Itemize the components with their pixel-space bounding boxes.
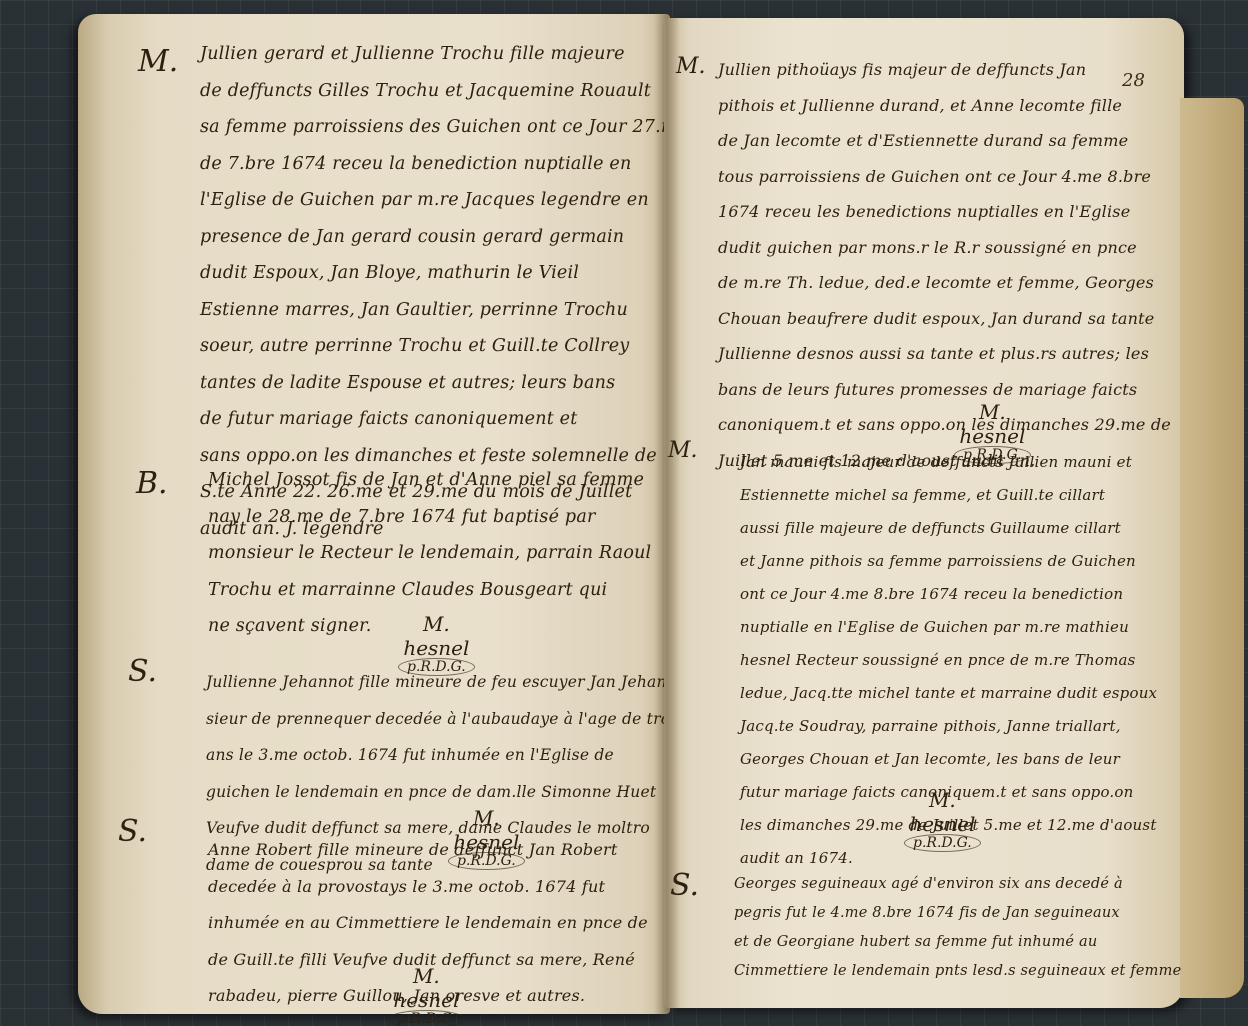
entry-line: Jacq.te Soudray, parraine pithois, Janne… <box>740 710 1157 743</box>
book-gutter <box>654 14 680 1014</box>
right-page: 28 M. Jullien pithoüays fis majeur de de… <box>664 18 1184 1008</box>
entry-line: Georges Chouan et Jan lecomte, les bans … <box>740 743 1157 776</box>
entry-line: Jan mauni fis majeur de deffuncts Jullie… <box>740 446 1157 479</box>
entry-line: soeur, autre perrinne Trochu et Guill.te… <box>200 328 688 365</box>
entry-line: hesnel Recteur soussigné en pnce de m.re… <box>740 644 1157 677</box>
entry-line: presence de Jan gerard cousin gerard ger… <box>200 219 688 256</box>
entry-line: ont ce Jour 4.me 8.bre 1674 receu la ben… <box>740 578 1157 611</box>
entry-line: de deffuncts Gilles Trochu et Jacquemine… <box>200 73 688 110</box>
entry-line: sieur de prennequer decedée à l'aubauday… <box>206 701 693 738</box>
entry-line: tous parroissiens de Guichen ont ce Jour… <box>718 159 1171 195</box>
priest-signature: M. hesnel p.R.D.G. <box>904 788 981 852</box>
entry-line: et Janne pithois sa femme parroissiens d… <box>740 545 1157 578</box>
entry-line: Estienne marres, Jan Gaultier, perrinne … <box>200 292 688 329</box>
entry-line: Jullienne desnos aussi sa tante et plus.… <box>718 336 1171 372</box>
entry-line: de Jan lecomte et d'Estiennette durand s… <box>718 123 1171 159</box>
entry-line: et de Georgiane hubert sa femme fut inhu… <box>734 928 1181 957</box>
entry-line: Jullien pithoüays fis majeur de deffunct… <box>718 52 1171 88</box>
entry-line: de futur mariage faicts canoniquement et <box>200 401 688 438</box>
entry-line: de 7.bre 1674 receu la benediction nupti… <box>200 146 688 183</box>
entry-line: Jullienne Jehannot fille mineure de feu … <box>206 664 693 701</box>
entry-line: pithois et Jullienne durand, et Anne lec… <box>718 88 1171 124</box>
margin-mark-marriage: M. <box>138 44 178 79</box>
entry-line: inhumée en au Cimmettiere le lendemain e… <box>208 905 648 942</box>
entry-line: guichen le lendemain en pnce de dam.lle … <box>206 774 693 811</box>
entry-line: dudit guichen par mons.r le R.r soussign… <box>718 230 1171 266</box>
margin-mark-burial: S. <box>128 654 157 689</box>
entry-line: Estiennette michel sa femme, et Guill.te… <box>740 479 1157 512</box>
book-edge <box>1180 98 1244 998</box>
entry-line: pegris fut le 4.me 8.bre 1674 fis de Jan… <box>734 899 1181 928</box>
entry-line: l'Eglise de Guichen par m.re Jacques leg… <box>200 182 688 219</box>
entry-line: nuptialle en l'Eglise de Guichen par m.r… <box>740 611 1157 644</box>
left-page: Guiss M. Jullien gerard et Jullienne Tro… <box>78 14 670 1014</box>
entry-line: Michel Jossot fis de Jan et d'Anne piel … <box>208 462 651 499</box>
entry-line: Anne Robert fille mineure de deffunct Ja… <box>208 832 648 869</box>
entry-line: canoniquem.t et sans oppo.on les dimanch… <box>718 407 1171 443</box>
entry-line: Jullien gerard et Jullienne Trochu fille… <box>200 36 688 73</box>
entry-line: Cimmettiere le lendemain pnts lesd.s seg… <box>734 957 1181 986</box>
entry-line: bans de leurs futures promesses de maria… <box>718 372 1171 408</box>
entry-line: Chouan beaufrere dudit espoux, Jan duran… <box>718 301 1171 337</box>
entry-line: Trochu et marrainne Claudes Bousgeart qu… <box>208 572 651 609</box>
entry-line: de m.re Th. ledue, ded.e lecomte et femm… <box>718 265 1171 301</box>
entry-line: monsieur le Recteur le lendemain, parrai… <box>208 535 651 572</box>
entry-line: ledue, Jacq.tte michel tante et marraine… <box>740 677 1157 710</box>
margin-mark-burial: S. <box>118 814 147 849</box>
entry-line: ans le 3.me octob. 1674 fut inhumée en l… <box>206 737 693 774</box>
entry-line: Georges seguineaux agé d'environ six ans… <box>734 870 1181 899</box>
entry-line: dudit Espoux, Jan Bloye, mathurin le Vie… <box>200 255 688 292</box>
entry-line: aussi fille majeure de deffuncts Guillau… <box>740 512 1157 545</box>
priest-signature: M. hesnel p.R.D.G. <box>388 964 465 1026</box>
margin-mark-baptism: B. <box>136 466 168 501</box>
margin-mark-marriage: M. <box>676 54 706 79</box>
entry-line: sa femme parroissiens des Guichen ont ce… <box>200 109 688 146</box>
entry-line: 1674 receu les benedictions nuptialles e… <box>718 194 1171 230</box>
entry-line: decedée à la provostays le 3.me octob. 1… <box>208 869 648 906</box>
entry-line: tantes de ladite Espouse et autres; leur… <box>200 365 688 402</box>
entry-line: nay le 28.me de 7.bre 1674 fut baptisé p… <box>208 499 651 536</box>
